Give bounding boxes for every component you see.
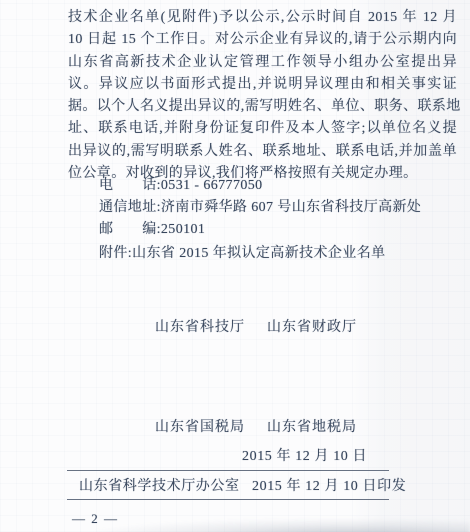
colophon-issuer: 山东省科学技术厅办公室 — [79, 478, 240, 496]
body-line: 据。以个人名义提出异议的,需写明姓名、单位、职务、联系地 — [68, 96, 457, 118]
scan-bottom-shadow — [95, 519, 470, 532]
body-line: 议。异议应以书面形式提出,并说明异议理由和相关事实证 — [68, 74, 457, 96]
colophon-print-date: 2015 年 12 月 10 日印发 — [252, 478, 406, 496]
colophon-divider-bottom — [67, 499, 389, 500]
body-line: 10 日起 15 个工作日。对公示企业有异议的,请于公示期内向 — [68, 29, 457, 51]
body-line: 出异议的,需写明联系人姓名、联系地址、联系电话,并加盖单 — [68, 141, 457, 163]
contact-phone-line: 电 话:0531 - 66777050 — [99, 175, 421, 197]
body-line: 址、联系电话,并附身份证复印件及本人签字;以单位名义提 — [68, 118, 457, 140]
signature-row-1: 山东省科技厅 山东省财政厅 — [0, 316, 470, 334]
signature-local-tax-bureau: 山东省地税局 — [267, 416, 357, 436]
signature-science-dept: 山东省科技厅 — [155, 316, 245, 336]
contact-block: 电 话:0531 - 66777050 通信地址:济南市舜华路 607 号山东省… — [99, 175, 421, 241]
contact-address-line: 通信地址:济南市舜华路 607 号山东省科技厅高新处 — [99, 197, 421, 219]
body-paragraph: 技术企业名单(见附件)予以公示,公示时间自 2015 年 12 月 10 日起 … — [68, 7, 457, 185]
body-line: 技术企业名单(见附件)予以公示,公示时间自 2015 年 12 月 — [68, 7, 457, 29]
colophon-divider-top — [67, 470, 389, 471]
scanned-document-page: 技术企业名单(见附件)予以公示,公示时间自 2015 年 12 月 10 日起 … — [0, 0, 470, 532]
signature-finance-dept: 山东省财政厅 — [267, 316, 357, 336]
attachment-line: 附件:山东省 2015 年拟认定高新技术企业名单 — [99, 243, 386, 265]
body-line: 山东省高新技术企业认定管理工作领导小组办公室提出异 — [68, 52, 457, 74]
signature-state-tax-bureau: 山东省国税局 — [155, 416, 245, 436]
page-number: — 2 — — [72, 511, 119, 527]
signature-date: 2015 年 12 月 10 日 — [242, 445, 367, 465]
signature-row-2: 山东省国税局 山东省地税局 — [0, 416, 470, 434]
contact-postcode-line: 邮 编:250101 — [99, 219, 421, 241]
